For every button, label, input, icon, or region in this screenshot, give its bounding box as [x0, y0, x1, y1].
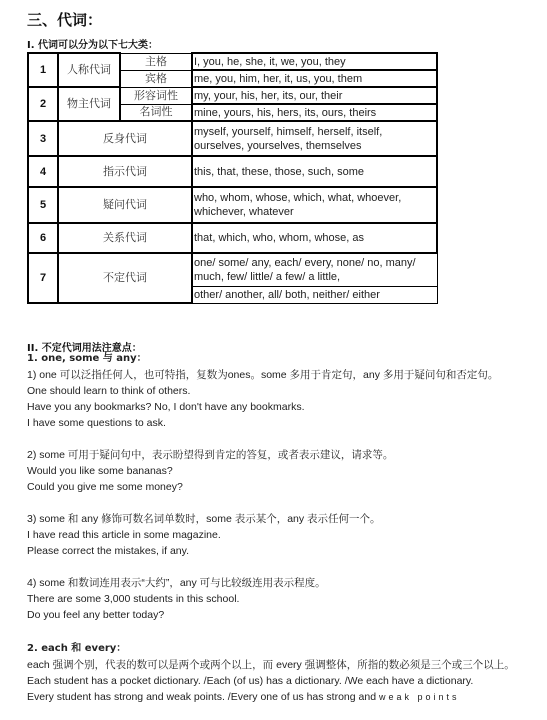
- text-line: 4) some 和数词连用表示“大约”，any 可与比较级连用表示程度。: [27, 575, 542, 591]
- example-line: There are some 3,000 students in this sc…: [27, 591, 542, 607]
- example-line: I have read this article in some magazin…: [27, 527, 542, 543]
- sub-label: 主格: [120, 53, 192, 70]
- row-number: 4: [28, 156, 58, 187]
- words-cell: that, which, who, whom, whose, as: [192, 223, 437, 253]
- example-line: Do you feel any better today?: [27, 607, 542, 623]
- sub-label: 名词性: [120, 104, 192, 121]
- row-number: 5: [28, 187, 58, 223]
- text-line: 1) one 可以泛指任何人，也可特指，复数为ones。some 多用于肯定句，…: [27, 367, 542, 383]
- row-number: 6: [28, 223, 58, 253]
- row-number: 1: [28, 53, 58, 87]
- pronoun-table: 1 人称代词 主格 I, you, he, she, it, we, you, …: [27, 52, 438, 304]
- sub-label: 形容词性: [120, 87, 192, 104]
- words-cell: one/ some/ any, each/ every, none/ no, m…: [192, 253, 437, 286]
- subsection-one-some-any: 1. one, some 与 any： 1) one 可以泛指任何人，也可特指，…: [27, 351, 542, 623]
- text-line: 3) some 和 any 修饰可数名词单数时，some 表示某个，any 表示…: [27, 511, 542, 527]
- example-line: Each student has a pocket dictionary. /E…: [27, 673, 542, 689]
- category-cell: 反身代词: [58, 121, 192, 156]
- example-text: Every student has strong and weak points…: [27, 691, 379, 703]
- category-cell: 疑问代词: [58, 187, 192, 223]
- words-cell: I, you, he, she, it, we, you, they: [192, 53, 437, 70]
- section-heading-1: I. 代词可以分为以下七大类：: [27, 36, 158, 51]
- text-line: each 强调个别，代表的数可以是两个或两个以上，而 every 强调整体，所指…: [27, 657, 542, 673]
- words-cell: who, whom, whose, which, what, whoever, …: [192, 187, 437, 223]
- words-cell: this, that, these, those, such, some: [192, 156, 437, 187]
- page-title: 三、代词：: [27, 9, 102, 30]
- category-cell: 指示代词: [58, 156, 192, 187]
- words-cell: mine, yours, his, hers, its, ours, their…: [192, 104, 437, 121]
- example-line: One should learn to think of others.: [27, 383, 542, 399]
- row-number: 3: [28, 121, 58, 156]
- subsection-heading: 1. one, some 与 any：: [27, 351, 542, 367]
- row-number: 7: [28, 253, 58, 303]
- words-cell: myself, yourself, himself, herself, itse…: [192, 121, 437, 156]
- subsection-each-every: 2. each 和 every： each 强调个别，代表的数可以是两个或两个以…: [27, 641, 542, 705]
- subsection-heading: 2. each 和 every：: [27, 641, 542, 657]
- example-line: Would you like some bananas?: [27, 463, 542, 479]
- example-tail: weak points: [379, 692, 460, 702]
- category-cell: 关系代词: [58, 223, 192, 253]
- category-cell: 人称代词: [58, 53, 120, 87]
- category-cell: 不定代词: [58, 253, 192, 303]
- example-line: Could you give me some money?: [27, 479, 542, 495]
- example-line: Have you any bookmarks? No, I don't have…: [27, 399, 542, 415]
- example-line: I have some questions to ask.: [27, 415, 542, 431]
- row-number: 2: [28, 87, 58, 121]
- sub-label: 宾格: [120, 70, 192, 87]
- text-line: 2) some 可用于疑问句中，表示盼望得到肯定的答复，或者表示建议，请求等。: [27, 447, 542, 463]
- example-line: Please correct the mistakes, if any.: [27, 543, 542, 559]
- words-cell: me, you, him, her, it, us, you, them: [192, 70, 437, 87]
- words-cell: my, your, his, her, its, our, their: [192, 87, 437, 104]
- category-cell: 物主代词: [58, 87, 120, 121]
- words-cell: other/ another, all/ both, neither/ eith…: [192, 286, 437, 303]
- example-line: Every student has strong and weak points…: [27, 689, 542, 705]
